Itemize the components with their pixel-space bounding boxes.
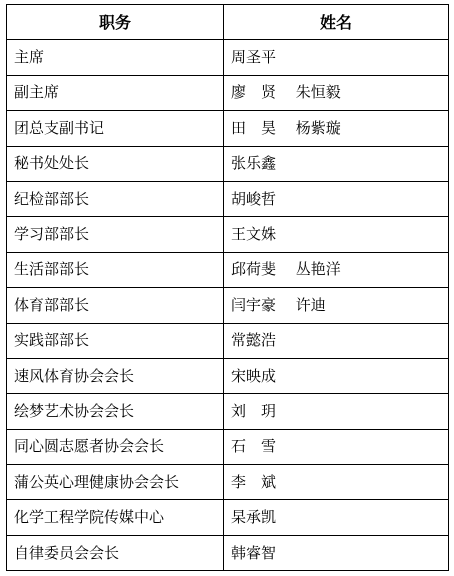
role-cell: 绘梦艺术协会会长 bbox=[7, 394, 224, 429]
role-cell: 速风体育协会会长 bbox=[7, 358, 224, 393]
role-cell: 自律委员会会长 bbox=[7, 535, 224, 570]
name-cell: 田 昊 杨紫璇 bbox=[224, 111, 449, 146]
role-cell: 团总支副书记 bbox=[7, 111, 224, 146]
role-cell: 生活部部长 bbox=[7, 252, 224, 287]
table-row: 实践部部长 常懿浩 bbox=[7, 323, 449, 358]
table-row: 纪检部部长 胡峻哲 bbox=[7, 181, 449, 216]
name-cell: 宋映成 bbox=[224, 358, 449, 393]
name-cell: 李 斌 bbox=[224, 465, 449, 500]
name-cell: 王文姝 bbox=[224, 217, 449, 252]
table-row: 主席 周圣平 bbox=[7, 40, 449, 75]
table-row: 自律委员会会长 韩睿智 bbox=[7, 535, 449, 570]
name-cell: 石 雪 bbox=[224, 429, 449, 464]
role-cell: 蒲公英心理健康协会会长 bbox=[7, 465, 224, 500]
role-cell: 纪检部部长 bbox=[7, 181, 224, 216]
table-row: 秘书处处长 张乐鑫 bbox=[7, 146, 449, 181]
header-row: 职务 姓名 bbox=[7, 5, 449, 40]
name-cell: 韩睿智 bbox=[224, 535, 449, 570]
role-cell: 秘书处处长 bbox=[7, 146, 224, 181]
name-cell: 闫宇豪 许迪 bbox=[224, 288, 449, 323]
role-cell: 副主席 bbox=[7, 75, 224, 110]
table-row: 绘梦艺术协会会长 刘 玥 bbox=[7, 394, 449, 429]
table-row: 体育部部长 闫宇豪 许迪 bbox=[7, 288, 449, 323]
role-cell: 实践部部长 bbox=[7, 323, 224, 358]
table-row: 化学工程学院传媒中心 杲承凯 bbox=[7, 500, 449, 535]
table-row: 速风体育协会会长 宋映成 bbox=[7, 358, 449, 393]
name-cell: 廖 贤 朱恒毅 bbox=[224, 75, 449, 110]
officer-roster-table: 职务 姓名 主席 周圣平 副主席 廖 贤 朱恒毅 团总支副书记 田 昊 杨紫璇 … bbox=[6, 4, 449, 571]
name-cell: 杲承凯 bbox=[224, 500, 449, 535]
name-cell: 胡峻哲 bbox=[224, 181, 449, 216]
table-row: 副主席 廖 贤 朱恒毅 bbox=[7, 75, 449, 110]
header-role: 职务 bbox=[7, 5, 224, 40]
table-row: 同心圆志愿者协会会长 石 雪 bbox=[7, 429, 449, 464]
role-cell: 体育部部长 bbox=[7, 288, 224, 323]
role-cell: 同心圆志愿者协会会长 bbox=[7, 429, 224, 464]
name-cell: 常懿浩 bbox=[224, 323, 449, 358]
role-cell: 学习部部长 bbox=[7, 217, 224, 252]
table-row: 团总支副书记 田 昊 杨紫璇 bbox=[7, 111, 449, 146]
name-cell: 张乐鑫 bbox=[224, 146, 449, 181]
table-row: 蒲公英心理健康协会会长 李 斌 bbox=[7, 465, 449, 500]
role-cell: 化学工程学院传媒中心 bbox=[7, 500, 224, 535]
name-cell: 刘 玥 bbox=[224, 394, 449, 429]
header-name: 姓名 bbox=[224, 5, 449, 40]
name-cell: 邱荷斐 丛艳洋 bbox=[224, 252, 449, 287]
table-row: 生活部部长 邱荷斐 丛艳洋 bbox=[7, 252, 449, 287]
table-row: 学习部部长 王文姝 bbox=[7, 217, 449, 252]
role-cell: 主席 bbox=[7, 40, 224, 75]
name-cell: 周圣平 bbox=[224, 40, 449, 75]
